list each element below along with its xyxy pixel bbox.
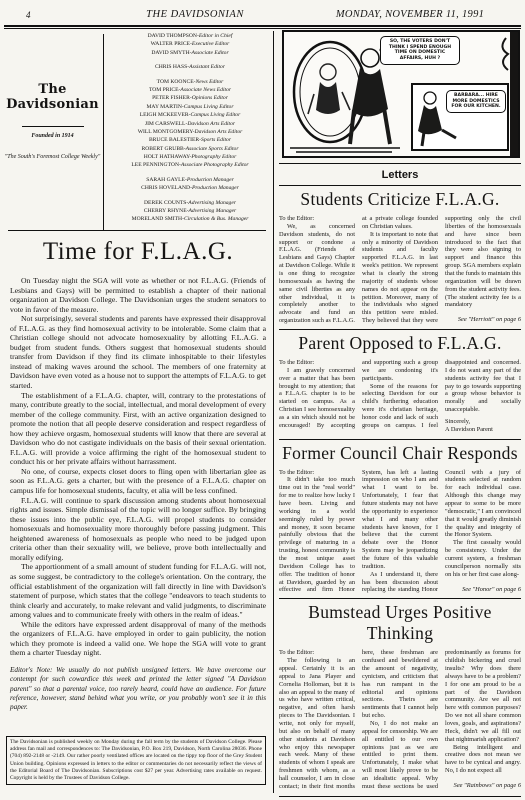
- letter-headline: Students Criticize F.L.A.G.: [279, 189, 521, 210]
- staff-group: CHRIS HASSAssistant Editor: [106, 63, 274, 71]
- staff-member: MORELAND SMITHCirculation & Bus. Manager: [106, 215, 274, 223]
- staff-member: DAVID THOMPSONEditor in Chief: [106, 32, 274, 40]
- letter-paragraph: Being intelligent and creative does not …: [445, 744, 521, 775]
- letter-headline: Parent Opposed to F.L.A.G.: [279, 333, 521, 354]
- continuation-note: See "Herriott" on page 6: [445, 316, 521, 324]
- letter-bumstead: Bumstead Urges Positive Thinking To the …: [279, 598, 521, 790]
- staff-member: LEE PENNINGTONAssociate Photography Edit…: [106, 161, 274, 169]
- letter-paragraphs: The following is an appeal. Certainly it…: [279, 649, 521, 790]
- editorial-cartoon: So, the voters don't think I spend enoug…: [282, 30, 520, 158]
- editorial-paragraph: Not surprisingly, several students and p…: [10, 314, 266, 390]
- staff-group: DAVID THOMPSONEditor in ChiefWALTER PRIC…: [106, 32, 274, 57]
- letter-paragraphs: It didn't take too much time out in the …: [279, 469, 521, 595]
- staff-member: LEIGH MCKEEVERCampus Living Editor: [106, 111, 274, 119]
- editorial-body: On Tuesday night the SGA will vote as wh…: [10, 276, 266, 658]
- editorial-paragraph: The establishment of a F.L.A.G. chapter,…: [10, 391, 266, 467]
- letter-body: To the Editor: It didn't take too much t…: [279, 469, 521, 595]
- letter-paragraphs: We, as concerned Davidson students, do n…: [279, 215, 521, 325]
- editorial-paragraph: F.L.A.G. will continue to spark discussi…: [10, 496, 266, 563]
- cartoon-speech-bubble: So, the voters don't think I spend enoug…: [380, 36, 460, 65]
- signoff-author: A Davidson Parent: [445, 426, 521, 434]
- letter-body: To the Editor: The following is an appea…: [279, 649, 521, 790]
- masthead-divider: [103, 34, 104, 230]
- staff-member: CHRIS HASSAssistant Editor: [106, 63, 274, 71]
- letter-former-council-chair: Former Council Chair Responds To the Edi…: [279, 439, 521, 595]
- cartoon-speech-bubble: Barbara... hire more domestics for our k…: [446, 90, 506, 113]
- staff-member: BRUCE BALESTIERSports Editor: [106, 136, 274, 144]
- continuation-note: See "Honor" on page 6: [445, 586, 521, 594]
- colophon-box: The Davidsonian is published weekly on M…: [6, 736, 266, 785]
- staff-group: SARAH GAYLEProduction ManagerCHRIS HOVEL…: [106, 176, 274, 193]
- staff-member: WILL MONTGOMERYDavidson Arts Editor: [106, 128, 274, 136]
- editorial: Time for F.L.A.G. On Tuesday night the S…: [10, 238, 266, 713]
- masthead-founded: Founded in 1914: [4, 133, 101, 139]
- staff-group: DEREK COUNTSAdvertising ManagerCHERRY RH…: [106, 199, 274, 224]
- letters-title: Letters: [382, 169, 419, 181]
- newspaper-page: 4 THE DAVIDSONIAN MONDAY, NOVEMBER 11, 1…: [0, 0, 525, 800]
- staff-member: TOM KOONCENews Editor: [106, 78, 274, 86]
- letter-parent-opposed: Parent Opposed to F.L.A.G. To the Editor…: [279, 329, 521, 434]
- editors-note: Editor's Note: We usually do not publish…: [10, 666, 266, 713]
- staff-member: HOLT HATHAWAYPhotography Editor: [106, 153, 274, 161]
- signoff-closing: Sincerely,: [445, 418, 521, 426]
- issue-date: MONDAY, NOVEMBER 11, 1991: [310, 9, 510, 20]
- letters-section-header: Letters: [279, 163, 521, 186]
- staff-member: CHRIS HOVELANDProduction Manager: [106, 184, 274, 192]
- salutation: To the Editor:: [279, 215, 355, 223]
- letter-headline: Former Council Chair Responds: [279, 443, 521, 464]
- staff-member: JIM CARSWELLDavidson Arts Editor: [106, 120, 274, 128]
- editorial-headline: Time for F.L.A.G.: [10, 238, 266, 266]
- salutation: To the Editor:: [279, 469, 355, 477]
- right-column: So, the voters don't think I spend enoug…: [279, 30, 521, 797]
- letter-paragraph: It is important to note that only a mino…: [362, 215, 521, 325]
- staff-member: DEREK COUNTSAdvertising Manager: [106, 199, 274, 207]
- masthead-motto: "The South's Foremost College Weekly": [4, 153, 101, 162]
- editorial-rule: [8, 230, 266, 231]
- paper-name: THE DAVIDSONIAN: [120, 9, 270, 20]
- staff-member: ROBERT GRUBBAssociate Sports Editor: [106, 145, 274, 153]
- letter-body: To the Editor: We, as concerned Davidson…: [279, 215, 521, 325]
- salutation: To the Editor:: [279, 649, 355, 657]
- editorial-paragraph: The apportionment of a small amount of s…: [10, 562, 266, 619]
- staff-member: CHERRY RHYNEAdvertising Manager: [106, 207, 274, 215]
- masthead-title: The Davidsonian: [4, 82, 101, 112]
- letter-body: To the Editor: I am gravely concerned ov…: [279, 359, 521, 434]
- staff-member: MAY MARTINCampus Living Editor: [106, 103, 274, 111]
- staff-member: WALTER PRICEExecutive Editor: [106, 40, 274, 48]
- staff-group: TOM KOONCENews EditorTOM PRICEAssociate …: [106, 78, 274, 170]
- page-header: 4 THE DAVIDSONIAN MONDAY, NOVEMBER 11, 1…: [0, 6, 525, 26]
- letter-students-criticize: Students Criticize F.L.A.G. To the Edito…: [279, 189, 521, 325]
- page-number: 4: [26, 10, 31, 20]
- masthead-rule: [22, 126, 84, 127]
- salutation: To the Editor:: [279, 359, 355, 367]
- header-rule: [4, 25, 521, 29]
- editorial-paragraph: While the editors have expressed ardent …: [10, 620, 266, 658]
- continuation-note: See "Rainbows" on page 6: [445, 782, 521, 790]
- editorial-paragraph: On Tuesday night the SGA will vote as wh…: [10, 276, 266, 314]
- masthead: The Davidsonian Founded in 1914 "The Sou…: [4, 82, 101, 162]
- letter-headline: Bumstead Urges Positive Thinking: [279, 602, 521, 644]
- staff-member: DAVID SMYTHAssociate Editor: [106, 49, 274, 57]
- staff-member: SARAH GAYLEProduction Manager: [106, 176, 274, 184]
- staff-list: DAVID THOMPSONEditor in ChiefWALTER PRIC…: [106, 32, 274, 230]
- staff-member: PETER FISHEROpinions Editor: [106, 94, 274, 102]
- bottom-rule: [279, 796, 521, 797]
- letter-paragraph: The first casualty would be consistency.…: [445, 539, 521, 578]
- editorial-paragraph: No one, of course, expects closet doors …: [10, 467, 266, 496]
- letter-signoff: Sincerely, A Davidson Parent: [445, 418, 521, 434]
- staff-member: TOM PRICEAssociate News Editor: [106, 86, 274, 94]
